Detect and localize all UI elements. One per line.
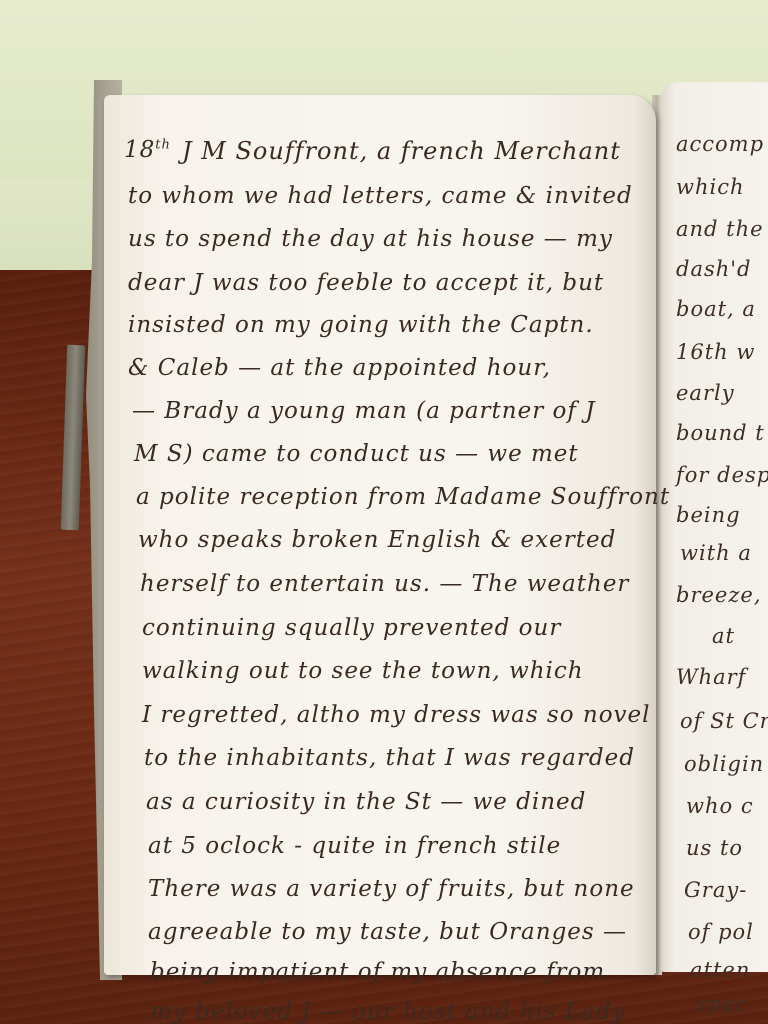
text-line: agreeable to my taste, but Oranges — [148,919,627,945]
text-line: as a curiosity in the St — we dined [146,789,586,815]
text-line: to whom we had letters, came & invited [128,183,633,209]
text-line: dear J was too feeble to accept it, but [128,270,604,296]
text-line: J M Souffront, a french Merchant [182,137,621,165]
text-line: which [676,175,745,199]
text-line: who c [686,794,754,818]
text-line: with a [680,541,752,565]
text-line: insisted on my going with the Captn. [128,312,594,338]
text-line: Gray- [684,878,747,902]
text-line: who speaks broken English & exerted [138,527,616,553]
text-line: and the [676,217,764,241]
left-page: 18th J M Souffront, a french Merchant to… [104,95,656,975]
text-line: boat, a [676,297,756,321]
text-line: accomp [676,132,764,156]
text-line: us to [686,836,743,860]
text-line: & Caleb — at the appointed hour, [128,355,551,381]
text-line: 16th w [676,340,755,364]
text-line: breeze, [676,583,762,607]
text-line: my beloved J — our host and his Lady [150,999,626,1024]
text-line: bound t [676,421,765,445]
text-line: spac [696,992,749,1016]
text-line: at 5 oclock - quite in french stile [148,833,561,859]
text-line: I regretted, altho my dress was so novel [142,702,651,728]
text-line: dash'd [676,257,751,281]
text-line: M S) came to conduct us — we met [134,441,579,467]
text-line: herself to entertain us. — The weather [140,571,629,597]
text-line: walking out to see the town, which [142,658,584,684]
text-line: us to spend the day at his house — my [128,226,613,252]
text-line: at [712,624,735,648]
text-line: — Brady a young man (a partner of J [132,398,595,424]
text-line: being impatient of my absence from [150,959,605,985]
text-line: Wharf [676,665,746,689]
text-line: for desp [676,463,768,487]
text-line: There was a variety of fruits, but none [148,876,635,902]
text-line: continuing squally prevented our [142,615,561,641]
text-line: being [676,503,741,527]
text-line: atten [690,958,750,982]
text-line: a polite reception from Madame Souffront [136,484,670,510]
text-line: obligin [684,752,764,776]
date-marker: 18th [124,137,171,163]
text-line: of pol [688,920,754,944]
text-line: to the inhabitants, that I was regarded [144,745,635,771]
text-line: early [676,381,735,405]
text-line: of St Cr [680,709,768,733]
